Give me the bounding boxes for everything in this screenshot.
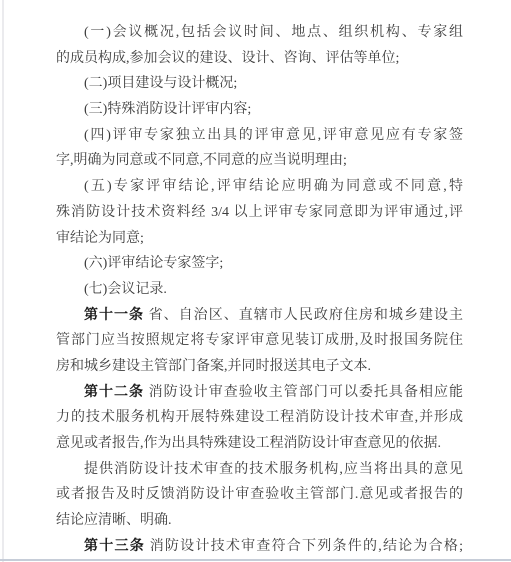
- text-line: 第十二条 消防设计审查验收主管部门可以委托具备相应能: [56, 380, 463, 406]
- paragraph: 第十二条 消防设计审查验收主管部门可以委托具备相应能力的技术服务机构开展特殊建设…: [56, 380, 463, 457]
- text-line: 的成员构成,参加会议的建设、设计、咨询、评估等单位;: [56, 46, 463, 72]
- text-line: 第十一条 省、自治区、直辖市人民政府住房和城乡建设主: [56, 303, 463, 329]
- text-line: 字,明确为同意或不同意,不同意的应当说明理由;: [56, 148, 463, 174]
- text-line: 管部门应当按照规定将专家评审意见装订成册,及时报国务院住: [56, 328, 463, 354]
- paragraph: (六)评审结论专家签字;: [56, 251, 463, 277]
- text-line: 意见或者报告,作为出具特殊建设工程消防设计审查意见的依据.: [56, 431, 463, 457]
- article-number: 第十一条: [84, 308, 144, 323]
- paragraph: (三)特殊消防设计评审内容;: [56, 97, 463, 123]
- paragraph: (二)项目建设与设计概况;: [56, 71, 463, 97]
- text-line: 或者报告及时反馈消防设计审查验收主管部门.意见或者报告的: [56, 482, 463, 508]
- page-left-edge: [2, 0, 4, 562]
- text-line: (二)项目建设与设计概况;: [56, 71, 463, 97]
- text-line: 力的技术服务机构开展特殊建设工程消防设计技术审查,并形成: [56, 405, 463, 431]
- paragraph: (一)会议概况,包括会议时间、地点、组织机构、专家组的成员构成,参加会议的建设、…: [56, 20, 463, 71]
- article-number: 第十二条: [84, 385, 144, 400]
- text-line: 房和城乡建设主管部门备案,并同时报送其电子文本.: [56, 354, 463, 380]
- text-line: 第十三条 消防设计技术审查符合下列条件的,结论为合格;: [56, 534, 463, 560]
- document-page: (一)会议概况,包括会议时间、地点、组织机构、专家组的成员构成,参加会议的建设、…: [0, 0, 511, 562]
- text-line: 提供消防设计技术审查的技术服务机构,应当将出具的意见: [56, 457, 463, 483]
- text-line: (六)评审结论专家签字;: [56, 251, 463, 277]
- paragraph: (四)评审专家独立出具的评审意见,评审意见应有专家签字,明确为同意或不同意,不同…: [56, 123, 463, 174]
- text-line: 结论应清晰、明确.: [56, 508, 463, 534]
- text-line: (一)会议概况,包括会议时间、地点、组织机构、专家组: [56, 20, 463, 46]
- text-line: (七)会议记录.: [56, 277, 463, 303]
- paragraph: 第十一条 省、自治区、直辖市人民政府住房和城乡建设主管部门应当按照规定将专家评审…: [56, 303, 463, 380]
- paragraph: 第十三条 消防设计技术审查符合下列条件的,结论为合格;: [56, 534, 463, 560]
- paragraph: (五)专家评审结论,评审结论应明确为同意或不同意,特殊消防设计技术资料经 3/4…: [56, 174, 463, 251]
- article-number: 第十三条: [84, 539, 145, 554]
- paragraph: (七)会议记录.: [56, 277, 463, 303]
- page-bottom-edge: [0, 559, 511, 561]
- text-line: (五)专家评审结论,评审结论应明确为同意或不同意,特: [56, 174, 463, 200]
- document-body: (一)会议概况,包括会议时间、地点、组织机构、专家组的成员构成,参加会议的建设、…: [56, 20, 463, 559]
- text-line: (三)特殊消防设计评审内容;: [56, 97, 463, 123]
- text-line: 审结论为同意;: [56, 226, 463, 252]
- text-line: (四)评审专家独立出具的评审意见,评审意见应有专家签: [56, 123, 463, 149]
- paragraph: 提供消防设计技术审查的技术服务机构,应当将出具的意见或者报告及时反馈消防设计审查…: [56, 457, 463, 534]
- text-line: 殊消防设计技术资料经 3/4 以上评审专家同意即为评审通过,评: [56, 200, 463, 226]
